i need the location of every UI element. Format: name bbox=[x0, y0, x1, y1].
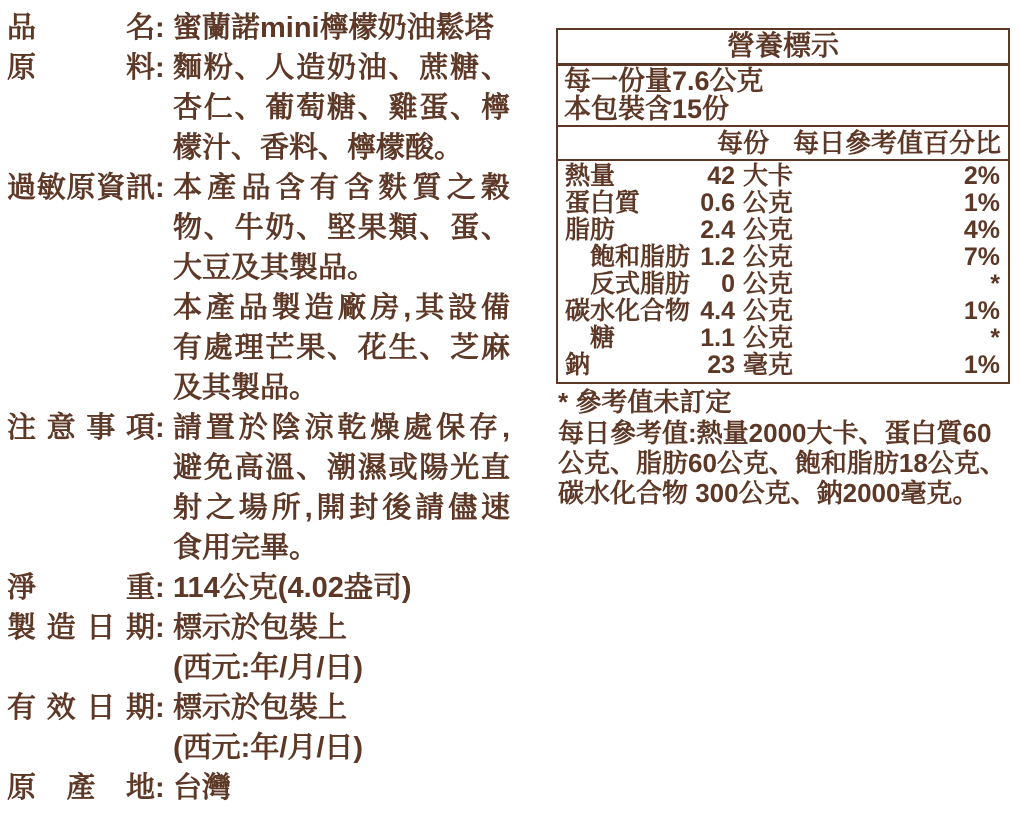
field-label-precautions: 注意事項 bbox=[7, 408, 155, 448]
nutrient-value: 2.4 bbox=[693, 217, 735, 244]
serving-info: 每一份量7.6公克 本包裝含15份 bbox=[558, 66, 1008, 127]
label-colon: : bbox=[155, 8, 173, 48]
row-net-weight: 淨重 : 114公克(4.02盎司) bbox=[7, 568, 515, 608]
text-line: 避免高溫、潮濕或陽光直 bbox=[173, 448, 510, 488]
nutrient-rows: 熱量 42 大卡 2% 蛋白質 0.6 公克 1% 脂肪 2.4 公克 4% 飽… bbox=[558, 161, 1008, 382]
nutrient-unit: 公克 bbox=[735, 298, 797, 325]
nutrient-daily-pct: 4% bbox=[797, 217, 1008, 244]
nutrient-value: 1.1 bbox=[693, 325, 735, 352]
row-manufacture-date: 製造日期 : 標示於包裝上 (西元:年/月/日) bbox=[7, 608, 515, 688]
nutrient-unit: 公克 bbox=[735, 325, 797, 352]
text-line: 及其製品。 bbox=[173, 368, 510, 408]
nutrient-value: 1.2 bbox=[693, 244, 735, 271]
text-line: (西元:年/月/日) bbox=[173, 648, 510, 688]
label-colon: : bbox=[155, 568, 173, 608]
label-colon: : bbox=[155, 768, 173, 808]
table-row-saturated-fat: 飽和脂肪 1.2 公克 7% bbox=[558, 244, 1008, 271]
field-value: 蜜蘭諾mini檸檬奶油鬆塔 bbox=[173, 8, 510, 48]
text-line: 本產品含有含麩質之穀 bbox=[173, 168, 510, 208]
row-allergen-info: 過敏原資訊 : 本產品含有含麩質之穀 物、牛奶、堅果類、蛋、 大豆及其製品。 本… bbox=[7, 168, 515, 408]
nutrient-name: 糖 bbox=[558, 325, 693, 352]
row-ingredients: 原料 : 麵粉、人造奶油、蔗糖、 杏仁、葡萄糖、雞蛋、檸 檬汁、香料、檸檬酸。 bbox=[7, 48, 515, 168]
text-line: 檬汁、香料、檸檬酸。 bbox=[173, 128, 510, 168]
field-label-ingredients: 原料 bbox=[7, 48, 155, 88]
table-row-protein: 蛋白質 0.6 公克 1% bbox=[558, 190, 1008, 217]
label-colon: : bbox=[155, 48, 173, 88]
product-label-page: 品名 : 蜜蘭諾mini檸檬奶油鬆塔 原料 : 麵粉、人造奶油、蔗糖、 杏仁、葡… bbox=[0, 0, 1021, 817]
row-precautions: 注意事項 : 請置於陰涼乾燥處保存, 避免高溫、潮濕或陽光直 射之場所,開封後請… bbox=[7, 408, 515, 568]
text-line: 大豆及其製品。 bbox=[173, 248, 510, 288]
field-label-origin: 原產地 bbox=[7, 768, 155, 808]
nutrient-name: 鈉 bbox=[558, 352, 693, 379]
row-expiry-date: 有效日期 : 標示於包裝上 (西元:年/月/日) bbox=[7, 688, 515, 768]
nutrition-table-title: 營養標示 bbox=[558, 30, 1008, 66]
field-value: 請置於陰涼乾燥處保存, 避免高溫、潮濕或陽光直 射之場所,開封後請儘速 食用完畢… bbox=[173, 408, 510, 568]
nutrient-daily-pct: 1% bbox=[797, 352, 1008, 379]
text-line: (西元:年/月/日) bbox=[173, 728, 510, 768]
nutrient-value: 23 bbox=[693, 352, 735, 379]
field-label-product-name: 品名 bbox=[7, 8, 155, 48]
nutrition-footnotes: * 參考值未訂定 每日參考值:熱量2000大卡、蛋白質60 公克、脂肪60公克、… bbox=[558, 386, 1018, 508]
nutrient-daily-pct: 1% bbox=[797, 190, 1008, 217]
nutrition-column-headers: 每份 每日參考值百分比 bbox=[558, 127, 1008, 161]
nutrient-name: 蛋白質 bbox=[558, 190, 693, 217]
nutrient-name: 熱量 bbox=[558, 163, 693, 190]
nutrient-value: 4.4 bbox=[693, 298, 735, 325]
label-colon: : bbox=[155, 168, 173, 208]
text-line: 物、牛奶、堅果類、蛋、 bbox=[173, 208, 510, 248]
field-label-allergen: 過敏原資訊 bbox=[7, 168, 155, 208]
table-row-sodium: 鈉 23 毫克 1% bbox=[558, 352, 1008, 379]
nutrient-name: 碳水化合物 bbox=[558, 298, 693, 325]
text-line: 麵粉、人造奶油、蔗糖、 bbox=[173, 48, 510, 88]
field-label-expiry-date: 有效日期 bbox=[7, 688, 155, 728]
nutrient-unit: 公克 bbox=[735, 271, 797, 298]
text-line: 本產品製造廠房,其設備 bbox=[173, 288, 510, 328]
text-line: 食用完畢。 bbox=[173, 528, 510, 568]
nutrient-unit: 公克 bbox=[735, 190, 797, 217]
text-line: 標示於包裝上 bbox=[173, 608, 510, 648]
nutrient-daily-pct: 2% bbox=[797, 163, 1008, 190]
servings-per-package: 本包裝含15份 bbox=[564, 95, 1008, 123]
text-line: 射之場所,開封後請儘速 bbox=[173, 488, 510, 528]
label-colon: : bbox=[155, 688, 173, 728]
field-value: 114公克(4.02盎司) bbox=[173, 568, 510, 608]
text-line: 114公克(4.02盎司) bbox=[173, 568, 510, 608]
nutrient-unit: 毫克 bbox=[735, 352, 797, 379]
label-colon: : bbox=[155, 408, 173, 448]
nutrient-daily-pct: * bbox=[797, 271, 1008, 298]
product-info-section: 品名 : 蜜蘭諾mini檸檬奶油鬆塔 原料 : 麵粉、人造奶油、蔗糖、 杏仁、葡… bbox=[7, 8, 515, 808]
text-line: 台灣 bbox=[173, 768, 510, 808]
table-row-sugar: 糖 1.1 公克 * bbox=[558, 325, 1008, 352]
nutrient-unit: 大卡 bbox=[735, 163, 797, 190]
table-row-trans-fat: 反式脂肪 0 公克 * bbox=[558, 271, 1008, 298]
nutrient-daily-pct: 7% bbox=[797, 244, 1008, 271]
nutrition-facts-table: 營養標示 每一份量7.6公克 本包裝含15份 每份 每日參考值百分比 熱量 42… bbox=[556, 28, 1010, 384]
field-value: 標示於包裝上 (西元:年/月/日) bbox=[173, 688, 510, 768]
field-value: 標示於包裝上 (西元:年/月/日) bbox=[173, 608, 510, 688]
nutrient-daily-pct: * bbox=[797, 325, 1008, 352]
daily-reference-line: 公克、脂肪60公克、飽和脂肪18公克、 bbox=[558, 448, 1018, 478]
nutrient-name: 脂肪 bbox=[558, 217, 693, 244]
table-row-carbohydrate: 碳水化合物 4.4 公克 1% bbox=[558, 298, 1008, 325]
text-line: 有處理芒果、花生、芝麻 bbox=[173, 328, 510, 368]
label-colon: : bbox=[155, 608, 173, 648]
serving-size: 每一份量7.6公克 bbox=[564, 67, 1008, 95]
field-value: 台灣 bbox=[173, 768, 510, 808]
row-country-of-origin: 原產地 : 台灣 bbox=[7, 768, 515, 808]
text-line: 請置於陰涼乾燥處保存, bbox=[173, 408, 510, 448]
nutrient-unit: 公克 bbox=[735, 244, 797, 271]
row-product-name: 品名 : 蜜蘭諾mini檸檬奶油鬆塔 bbox=[7, 8, 515, 48]
nutrient-value: 0.6 bbox=[693, 190, 735, 217]
nutrient-name: 飽和脂肪 bbox=[558, 244, 693, 271]
text-line: 蜜蘭諾mini檸檬奶油鬆塔 bbox=[173, 8, 510, 48]
table-row-calories: 熱量 42 大卡 2% bbox=[558, 163, 1008, 190]
text-line: 標示於包裝上 bbox=[173, 688, 510, 728]
field-label-manufacture-date: 製造日期 bbox=[7, 608, 155, 648]
footnote-asterisk: * 參考值未訂定 bbox=[558, 386, 1018, 418]
nutrient-daily-pct: 1% bbox=[797, 298, 1008, 325]
field-label-net-weight: 淨重 bbox=[7, 568, 155, 608]
text-line: 杏仁、葡萄糖、雞蛋、檸 bbox=[173, 88, 510, 128]
daily-reference-line: 每日參考值:熱量2000大卡、蛋白質60 bbox=[558, 418, 1018, 448]
table-row-fat: 脂肪 2.4 公克 4% bbox=[558, 217, 1008, 244]
nutrient-unit: 公克 bbox=[735, 217, 797, 244]
nutrient-value: 0 bbox=[693, 271, 735, 298]
per-serving-header: 每份 bbox=[717, 129, 769, 157]
daily-reference-line: 碳水化合物 300公克、鈉2000毫克。 bbox=[558, 478, 1018, 508]
nutrient-value: 42 bbox=[693, 163, 735, 190]
daily-value-header: 每日參考值百分比 bbox=[793, 129, 1001, 157]
nutrient-name: 反式脂肪 bbox=[558, 271, 693, 298]
field-value: 麵粉、人造奶油、蔗糖、 杏仁、葡萄糖、雞蛋、檸 檬汁、香料、檸檬酸。 bbox=[173, 48, 510, 168]
field-value: 本產品含有含麩質之穀 物、牛奶、堅果類、蛋、 大豆及其製品。 本產品製造廠房,其… bbox=[173, 168, 510, 408]
